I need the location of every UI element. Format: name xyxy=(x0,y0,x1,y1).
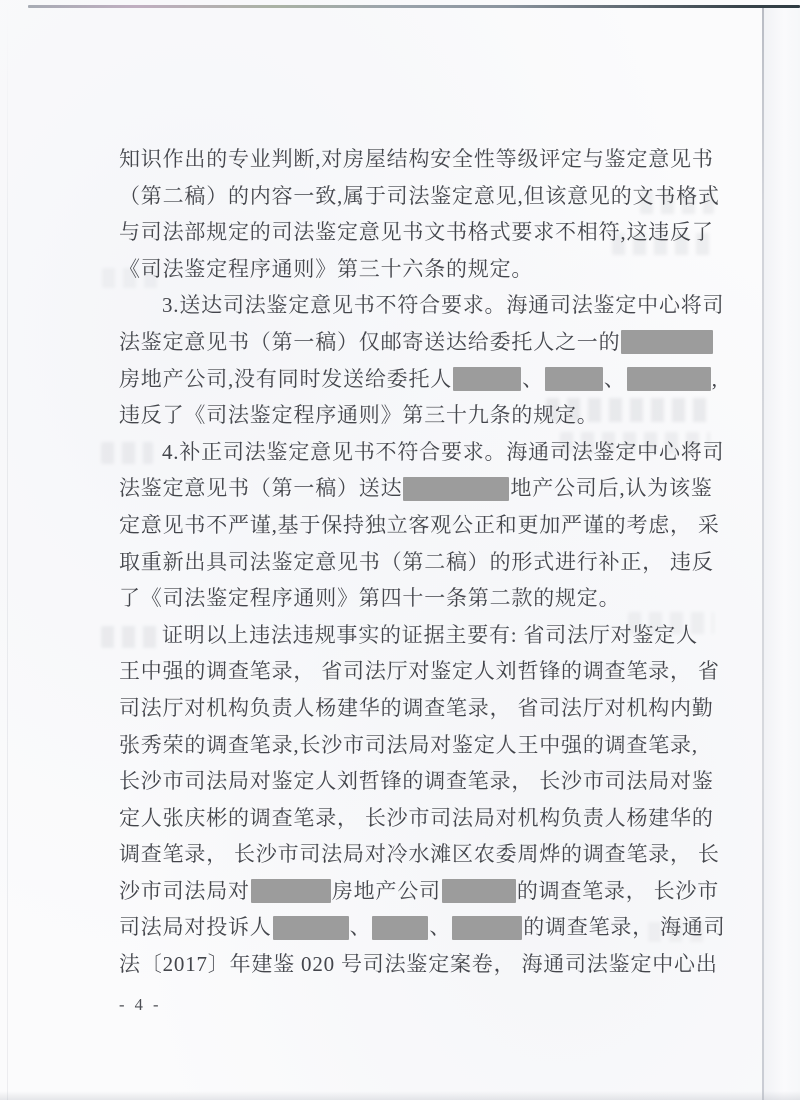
line-text: 的调查笔录， 海通司 xyxy=(523,915,725,939)
text-line-17: 张秀荣的调查笔录,长沙市司法局对鉴定人王中强的调查笔录, xyxy=(119,727,719,764)
paper-fold-crease xyxy=(762,8,764,1100)
paragraph-item-3-service-violation: 3.送达司法鉴定意见书不符合要求。海通司法鉴定中心将司 法鉴定意见书（第一稿）仅… xyxy=(119,287,719,433)
line-text: 定意见书不严谨,基于保持独立客观公正和更加严谨的考虑， 采 xyxy=(119,513,720,537)
line-text: 调查笔录， 长沙市司法局对冷水滩区农委周烨的调查笔录， 长 xyxy=(119,842,720,866)
line-text: 房地产公司 xyxy=(332,879,441,903)
enumeration-separator: 、 xyxy=(350,915,372,939)
redaction-block xyxy=(372,916,428,940)
enumeration-separator: 、 xyxy=(429,915,451,939)
line-text: 了《司法鉴定程序通则》第四十一条第二款的规定。 xyxy=(119,586,620,610)
line-text: 法鉴定意见书（第一稿）送达 xyxy=(119,476,402,500)
paragraph-format-violation: 知识作出的专业判断,对房屋结构安全性等级评定与鉴定意见书 （第二稿）的内容一致,… xyxy=(119,141,719,287)
redaction-block xyxy=(545,367,603,391)
line-text: , xyxy=(712,367,718,391)
line-text: 与司法部规定的司法鉴定意见书文书格式要求不相符,这违反了 xyxy=(119,220,714,244)
line-text: 4.补正司法鉴定意见书不符合要求。海通司法鉴定中心将司 xyxy=(162,440,724,464)
page-right-margin-strip xyxy=(764,8,800,1100)
text-line-06: 法鉴定意见书（第一稿）仅邮寄送达给委托人之一的 xyxy=(119,324,719,361)
text-line-03: 与司法部规定的司法鉴定意见书文书格式要求不相符,这违反了 xyxy=(119,214,719,251)
enumeration-separator: 、 xyxy=(522,367,544,391)
line-text: 《司法鉴定程序通则》第三十六条的规定。 xyxy=(119,257,533,281)
line-text: 张秀荣的调查笔录,长沙市司法局对鉴定人王中强的调查笔录, xyxy=(119,733,698,757)
text-line-14: 证明以上违法违规事实的证据主要有: 省司法厅对鉴定人 xyxy=(119,617,719,654)
page-number: - 4 - xyxy=(119,995,162,1015)
scan-bottom-shadow xyxy=(0,1091,800,1100)
scanned-document-page: 知识作出的专业判断,对房屋结构安全性等级评定与鉴定意见书 （第二稿）的内容一致,… xyxy=(0,0,800,1100)
text-line-09: 4.补正司法鉴定意见书不符合要求。海通司法鉴定中心将司 xyxy=(119,434,719,471)
redaction-block xyxy=(251,879,331,903)
text-line-05: 3.送达司法鉴定意见书不符合要求。海通司法鉴定中心将司 xyxy=(119,287,719,324)
text-line-20: 调查笔录， 长沙市司法局对冷水滩区农委周烨的调查笔录， 长 xyxy=(119,836,719,873)
text-line-18: 长沙市司法局对鉴定人刘哲锋的调查笔录， 长沙市司法局对鉴 xyxy=(119,763,719,800)
line-text: 长沙市司法局对鉴定人刘哲锋的调查笔录， 长沙市司法局对鉴 xyxy=(119,769,714,793)
line-text: 证明以上违法违规事实的证据主要有: 省司法厅对鉴定人 xyxy=(162,623,698,647)
line-text: 定人张庆彬的调查笔录， 长沙市司法局对机构负责人杨建华的 xyxy=(119,806,714,830)
text-line-13: 了《司法鉴定程序通则》第四十一条第二款的规定。 xyxy=(119,580,719,617)
line-text: 房地产公司,没有同时发送给委托人 xyxy=(119,367,452,391)
text-line-08: 违反了《司法鉴定程序通则》第三十九条的规定。 xyxy=(119,397,719,434)
redaction-block xyxy=(452,916,522,940)
text-line-23: 法〔2017〕年建鉴 020 号司法鉴定案卷， 海通司法鉴定中心出 xyxy=(119,946,719,983)
redaction-block xyxy=(453,367,521,391)
line-text: 王中强的调查笔录， 省司法厅对鉴定人刘哲锋的调查笔录， 省 xyxy=(119,659,720,683)
text-line-12: 取重新出具司法鉴定意见书（第二稿）的形式进行补正， 违反 xyxy=(119,544,719,581)
redaction-block xyxy=(442,879,516,903)
redaction-block xyxy=(273,916,349,940)
redaction-block xyxy=(403,477,509,501)
text-line-15: 王中强的调查笔录， 省司法厅对鉴定人刘哲锋的调查笔录， 省 xyxy=(119,653,719,690)
line-text: 知识作出的专业判断,对房屋结构安全性等级评定与鉴定意见书 xyxy=(119,147,714,171)
redaction-block xyxy=(621,330,713,354)
line-text: 违反了《司法鉴定程序通则》第三十九条的规定。 xyxy=(119,403,599,427)
line-text: 司法局对投诉人 xyxy=(119,915,272,939)
line-text: 取重新出具司法鉴定意见书（第二稿）的形式进行补正， 违反 xyxy=(119,550,714,574)
text-line-19: 定人张庆彬的调查笔录， 长沙市司法局对机构负责人杨建华的 xyxy=(119,800,719,837)
line-text: 司法厅对机构负责人杨建华的调查笔录， 省司法厅对机构内勤 xyxy=(119,696,714,720)
enumeration-separator: 、 xyxy=(604,367,626,391)
line-text: （第二稿）的内容一致,属于司法鉴定意见,但该意见的文书格式 xyxy=(119,184,720,208)
paper-left-edge-shadow xyxy=(7,0,8,1100)
line-text: 地产公司后,认为该鉴 xyxy=(510,476,712,500)
paragraph-item-4-correction-violation: 4.补正司法鉴定意见书不符合要求。海通司法鉴定中心将司 法鉴定意见书（第一稿）送… xyxy=(119,434,719,617)
line-text: 法鉴定意见书（第一稿）仅邮寄送达给委托人之一的 xyxy=(119,330,620,354)
text-line-01: 知识作出的专业判断,对房屋结构安全性等级评定与鉴定意见书 xyxy=(119,141,719,178)
text-line-04: 《司法鉴定程序通则》第三十六条的规定。 xyxy=(119,251,719,288)
line-text: 法〔2017〕年建鉴 020 号司法鉴定案卷， 海通司法鉴定中心出 xyxy=(119,952,718,976)
text-line-10: 法鉴定意见书（第一稿）送达地产公司后,认为该鉴 xyxy=(119,470,719,507)
document-body-text: 知识作出的专业判断,对房屋结构安全性等级评定与鉴定意见书 （第二稿）的内容一致,… xyxy=(119,141,719,983)
text-line-21: 沙市司法局对房地产公司的调查笔录， 长沙市 xyxy=(119,873,719,910)
scan-top-edge-line xyxy=(28,5,800,8)
paragraph-evidence-list: 证明以上违法违规事实的证据主要有: 省司法厅对鉴定人 王中强的调查笔录， 省司法… xyxy=(119,617,719,983)
text-line-16: 司法厅对机构负责人杨建华的调查笔录， 省司法厅对机构内勤 xyxy=(119,690,719,727)
text-line-11: 定意见书不严谨,基于保持独立客观公正和更加严谨的考虑， 采 xyxy=(119,507,719,544)
line-text: 的调查笔录， 长沙市 xyxy=(517,879,719,903)
line-text: 沙市司法局对 xyxy=(119,879,250,903)
redaction-block xyxy=(627,367,711,391)
text-line-22: 司法局对投诉人、、的调查笔录， 海通司 xyxy=(119,909,719,946)
text-line-02: （第二稿）的内容一致,属于司法鉴定意见,但该意见的文书格式 xyxy=(119,178,719,215)
text-line-07: 房地产公司,没有同时发送给委托人、、, xyxy=(119,361,719,398)
line-text: 3.送达司法鉴定意见书不符合要求。海通司法鉴定中心将司 xyxy=(162,293,724,317)
